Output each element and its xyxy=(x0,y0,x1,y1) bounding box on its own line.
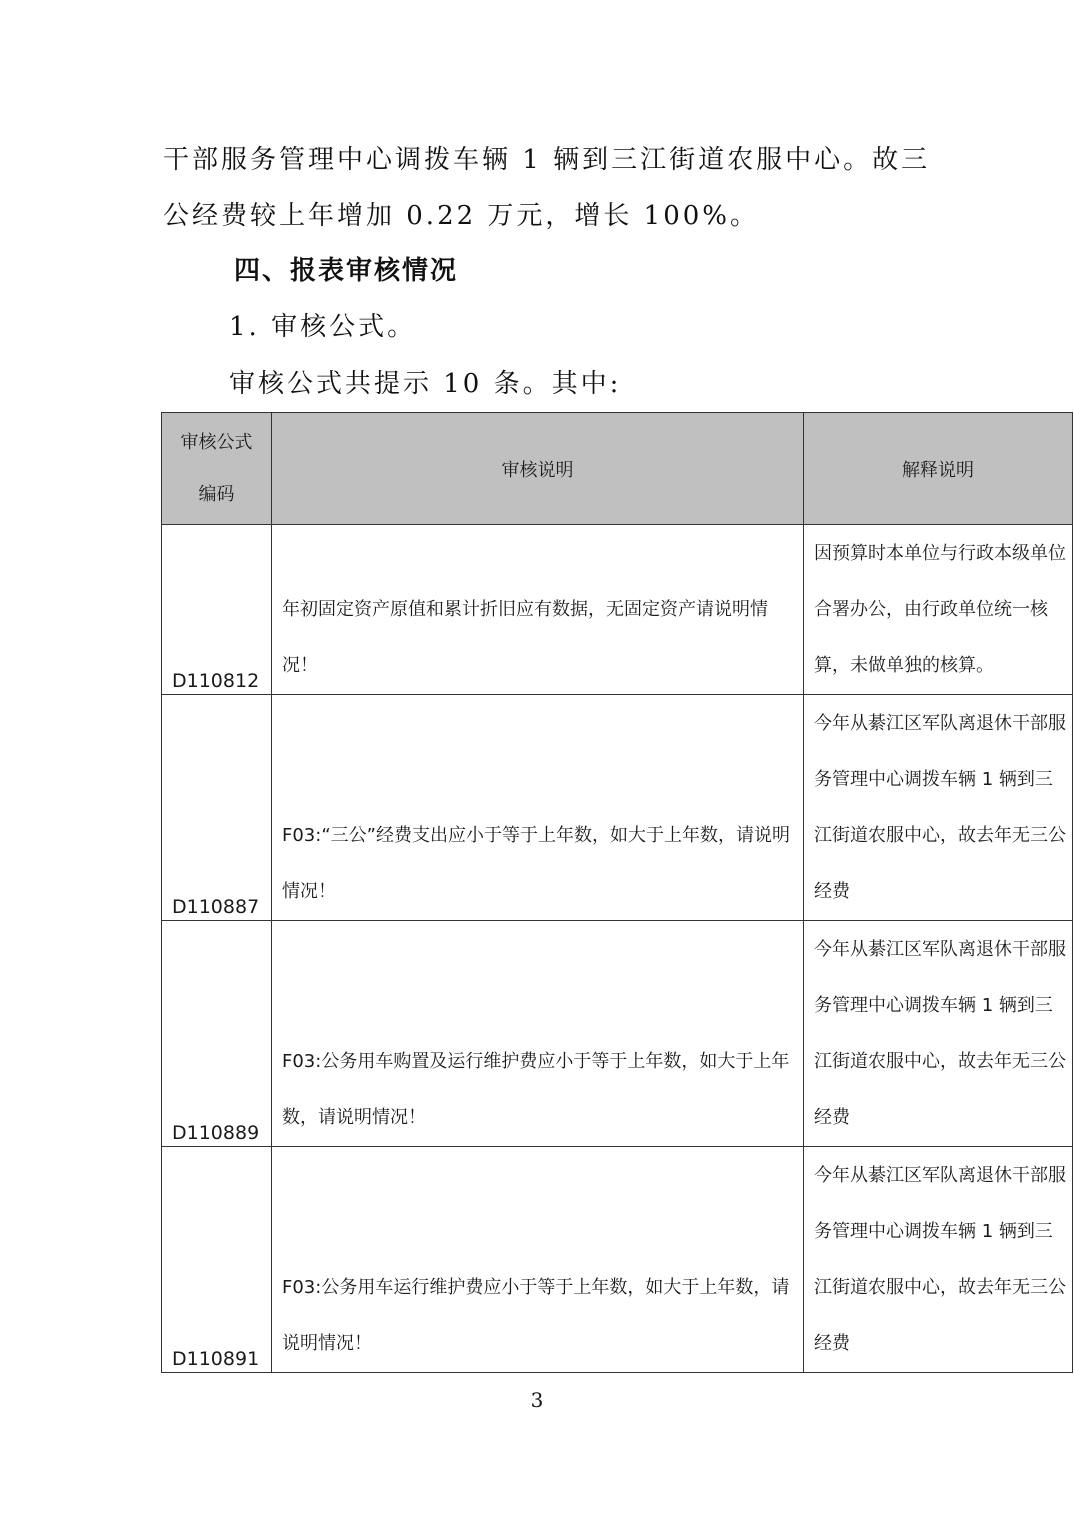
table-header-row: 审核公式 编码 审核说明 解释说明 xyxy=(162,413,1073,525)
audit-description-text: F03:公务用车购置及运行维护费应小于等于上年数，如大于上年数，请说明情况！ xyxy=(282,1034,797,1146)
table-row: D110887 F03:“三公”经费支出应小于等于上年数，如大于上年数，请说明情… xyxy=(162,695,1073,921)
intro-text: 审核公式共提示 10 条。其中: xyxy=(229,369,621,399)
audit-formula-table: 审核公式 编码 审核说明 解释说明 D110812 年初固定资产原值和累计折旧应… xyxy=(161,412,1073,1373)
header-code: 审核公式 编码 xyxy=(162,413,272,525)
formula-code: D110812 xyxy=(162,525,272,695)
explanation: 今年从綦江区军队离退休干部服务管理中心调拨车辆 1 辆到三江街道农服中心，故去年… xyxy=(804,1147,1073,1373)
audit-description: F03:公务用车运行维护费应小于等于上年数，如大于上年数，请说明情况！ xyxy=(272,1147,804,1373)
audit-description-text: F03:“三公”经费支出应小于等于上年数，如大于上年数，请说明情况！ xyxy=(282,808,797,920)
explanation: 今年从綦江区军队离退休干部服务管理中心调拨车辆 1 辆到三江街道农服中心，故去年… xyxy=(804,695,1073,921)
sub-heading: 1. 审核公式。 xyxy=(229,312,416,342)
body-text-line: 干部服务管理中心调拨车辆 1 辆到三江街道农服中心。故三 xyxy=(163,145,930,175)
section-heading: 四、报表审核情况 xyxy=(234,256,458,286)
audit-description: 年初固定资产原值和累计折旧应有数据，无固定资产请说明情况！ xyxy=(272,525,804,695)
header-code-line1: 审核公式 xyxy=(162,415,271,471)
audit-description-text: F03:公务用车运行维护费应小于等于上年数，如大于上年数，请说明情况！ xyxy=(282,1260,797,1372)
formula-code: D110891 xyxy=(162,1147,272,1373)
header-explanation: 解释说明 xyxy=(804,413,1073,525)
explanation: 今年从綦江区军队离退休干部服务管理中心调拨车辆 1 辆到三江街道农服中心，故去年… xyxy=(804,921,1073,1147)
formula-code: D110887 xyxy=(162,695,272,921)
table-row: D110891 F03:公务用车运行维护费应小于等于上年数，如大于上年数，请说明… xyxy=(162,1147,1073,1373)
page-number: 3 xyxy=(0,1388,1074,1412)
body-text-line: 公经费较上年增加 0.22 万元，增长 100%。 xyxy=(163,201,759,231)
audit-description: F03:公务用车购置及运行维护费应小于等于上年数，如大于上年数，请说明情况！ xyxy=(272,921,804,1147)
explanation: 因预算时本单位与行政本级单位合署办公，由行政单位统一核算，未做单独的核算。 xyxy=(804,525,1073,695)
formula-code: D110889 xyxy=(162,921,272,1147)
header-code-line2: 编码 xyxy=(162,467,271,523)
audit-description-text: 年初固定资产原值和累计折旧应有数据，无固定资产请说明情况！ xyxy=(282,582,797,694)
audit-description: F03:“三公”经费支出应小于等于上年数，如大于上年数，请说明情况！ xyxy=(272,695,804,921)
table-row: D110812 年初固定资产原值和累计折旧应有数据，无固定资产请说明情况！ 因预… xyxy=(162,525,1073,695)
header-description: 审核说明 xyxy=(272,413,804,525)
table-row: D110889 F03:公务用车购置及运行维护费应小于等于上年数，如大于上年数，… xyxy=(162,921,1073,1147)
